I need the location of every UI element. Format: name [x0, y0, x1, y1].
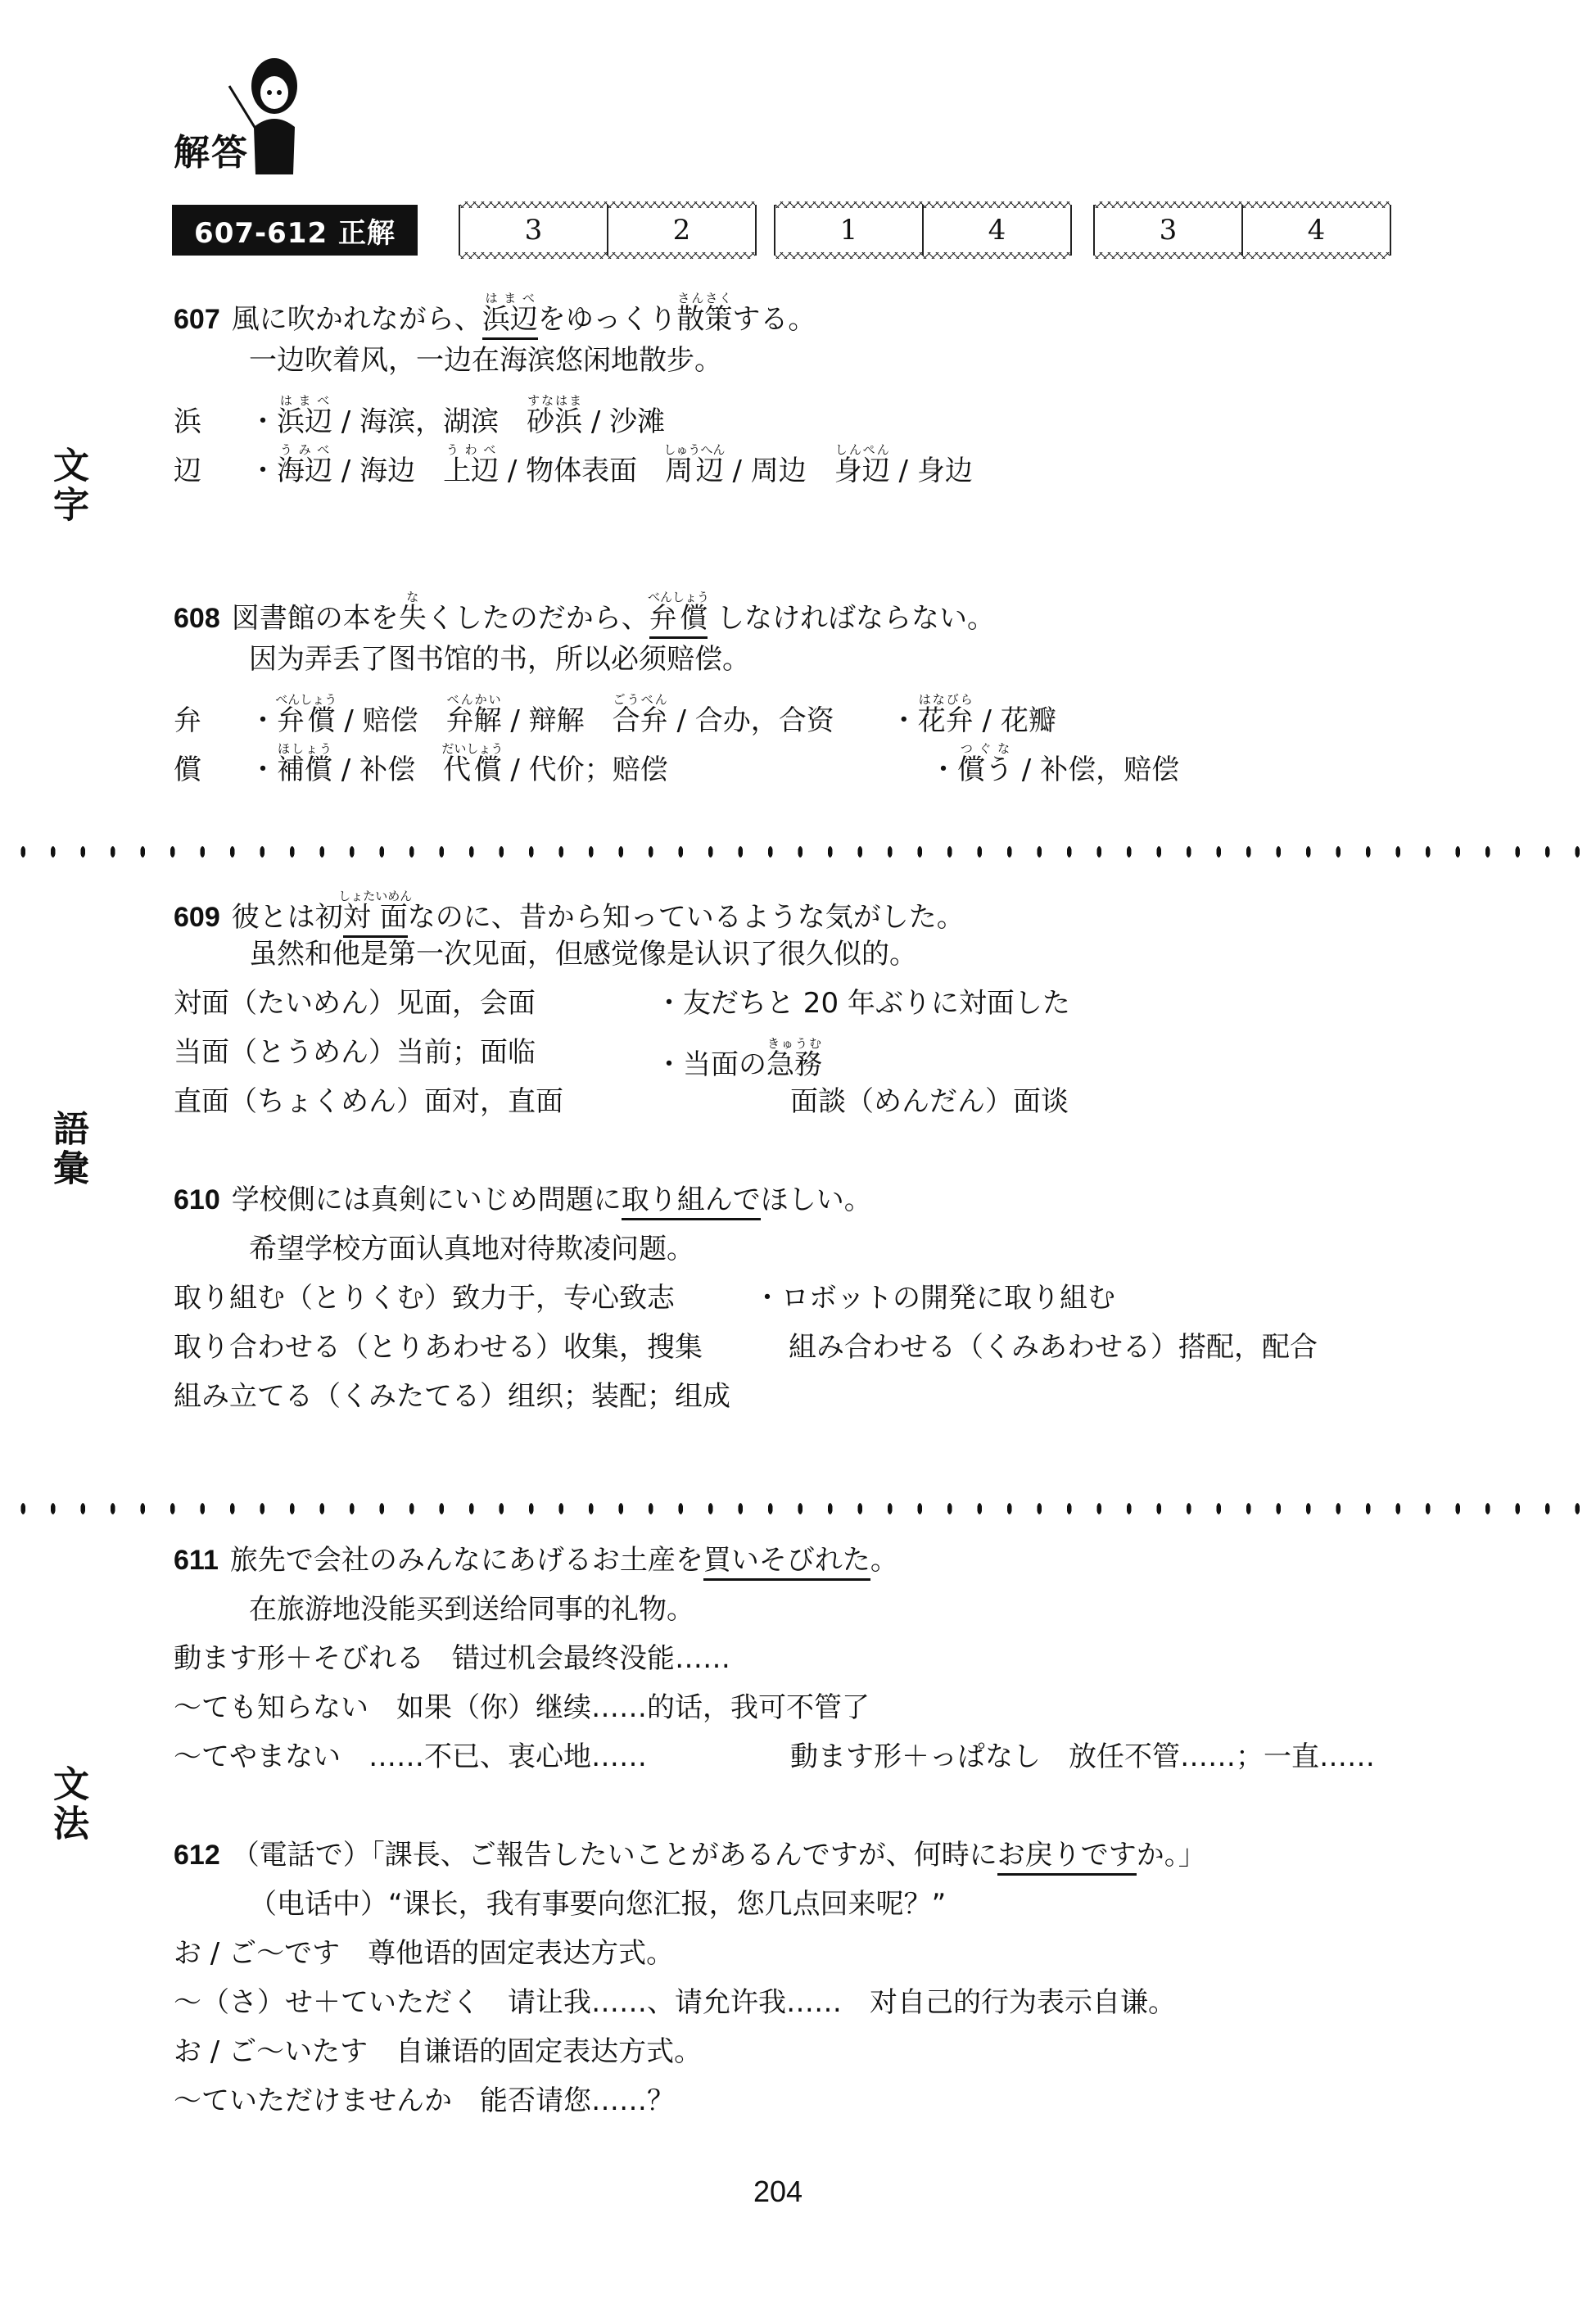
translation-610: 希望学校方面认真地对待欺凌问题。 [249, 1233, 694, 1265]
answer-group-2: 1 4 [774, 205, 1072, 256]
furigana: ほしょう [277, 741, 332, 756]
meaning: 辩解 [529, 704, 585, 737]
note: お / ご～です 尊他语的固定表达方式。 [174, 1937, 674, 1970]
kanji-row: 償・補償ほしょう / 补偿 代償だいしょう / 代价；赔偿 [174, 741, 668, 786]
kanji-label: 弁 [174, 704, 249, 737]
target-word: 浜辺 [482, 303, 538, 336]
target-word: お戻りです [997, 1839, 1137, 1876]
underlined-target: 弁償べんしょう [649, 602, 708, 639]
sentence-text: 彼とは初 [232, 901, 343, 934]
translation-608: 因为弄丢了图书馆的书，所以必须赔偿。 [249, 643, 750, 676]
meaning: 物体表面 [526, 455, 637, 487]
furigana: な [399, 590, 427, 604]
section-label-bunpo: 文法 [41, 1765, 93, 1844]
sentence-text: 旅先で会社のみんなにあげるお土産を [230, 1544, 703, 1577]
note: お / ご～いたす 自谦语的固定表达方式。 [174, 2035, 702, 2068]
meaning: 赔偿 [363, 704, 418, 737]
sentence-text: ・当面の [655, 1048, 766, 1081]
kanji-row: 浜・浜辺はまべ / 海滨，湖滨 砂浜すなはま / 沙滩 [174, 393, 665, 438]
teacher-mascot-icon [197, 53, 328, 176]
meaning: 补偿，赔偿 [1040, 754, 1179, 786]
question-609: 609彼とは初対面しょたいめんなのに、昔から知っているような気がした。 [174, 889, 965, 934]
target-word: 弁償 [648, 602, 709, 635]
word: 失 [399, 602, 427, 635]
furigana: すなはま [527, 393, 582, 408]
word: 散策 [676, 303, 732, 336]
question-number: 609 [174, 902, 220, 933]
question-number: 612 [174, 1840, 220, 1871]
word: 合弁 [613, 704, 668, 737]
note-left: ～ても知らない 如果（你）继续……的话，我可不管了 [174, 1691, 870, 1724]
sentence-text: 風に吹かれながら、 [232, 303, 482, 336]
sentence-text: くしたのだから、 [427, 602, 649, 635]
note-right: 動ます形＋っぱなし 放任不管……；一直…… [790, 1740, 1375, 1773]
sentence-text: 図書館の本を [232, 602, 399, 635]
question-number: 608 [174, 603, 220, 634]
note-left: 動ます形＋そびれる 错过机会最终没能…… [174, 1642, 730, 1675]
note-left: 対面（たいめん）见面，会面 [174, 987, 536, 1020]
question-612: 612（電話で）「課長、ご報告したいことがあるんですが、何時にお戻りですか。」 [174, 1839, 1206, 1872]
word: 償う [957, 754, 1013, 786]
furigana: きゅうむ [766, 1036, 822, 1051]
target-word: 買いそびれた [703, 1544, 870, 1581]
sentence-text: 。 [870, 1544, 898, 1577]
furigana: べんしょう [275, 692, 337, 707]
translation-607: 一边吹着风，一边在海滨悠闲地散步。 [249, 344, 722, 377]
answer-612: 4 [1241, 205, 1390, 256]
translation-609: 虽然和他是第一次见面，但感觉像是认识了很久似的。 [249, 938, 917, 971]
note-right: ・ロボットの開発に取り組む [753, 1282, 1115, 1315]
furigana: しゅうへん [663, 442, 725, 457]
word: 海辺 [277, 455, 332, 487]
sentence-text: なのに、昔から知っているような気がした。 [408, 901, 965, 934]
word: 周辺 [663, 455, 725, 487]
note-left: ～てやまない ……不已、衷心地…… [174, 1740, 647, 1773]
sentence-text: する。 [732, 303, 816, 336]
sentence-text: か。」 [1137, 1839, 1206, 1872]
note-right: 組み合わせる（くみあわせる）搭配，配合 [789, 1331, 1318, 1364]
sentence-text: （電話で）「課長、ご報告したいことがあるんですが、何時に [232, 1839, 997, 1872]
answer-608: 2 [607, 205, 755, 256]
meaning: 合办，合资 [695, 704, 834, 737]
word: 補償 [277, 754, 332, 786]
question-610: 610学校側には真剣にいじめ問題に取り組んでほしい。 [174, 1184, 872, 1216]
answer-group-1: 3 2 [459, 205, 757, 256]
word: 身辺 [834, 455, 890, 487]
section-divider [8, 846, 1596, 858]
meaning: 身边 [917, 455, 973, 487]
note-left: 取り合わせる（とりあわせる）收集，搜集 [174, 1331, 703, 1364]
kanji-row: 弁・弁償べんしょう / 赔偿 弁解べんかい / 辩解 合弁ごうべん / 合办，合… [174, 692, 1056, 737]
sentence-text: ほしい。 [761, 1184, 872, 1216]
answer-607: 3 [460, 205, 607, 256]
word: 花弁 [918, 704, 974, 737]
answer-key-label: 607-612 正解 [172, 205, 418, 256]
question-number: 607 [174, 304, 220, 335]
furigana: さんさく [676, 291, 732, 306]
furigana: つぐな [957, 741, 1013, 756]
furigana: しんぺん [834, 442, 890, 457]
word: 上辺 [443, 455, 499, 487]
word: 弁解 [446, 704, 502, 737]
answer-609: 1 [775, 205, 922, 256]
furigana: ごうべん [613, 692, 668, 707]
note-left: 組み立てる（くみたてる）组织；装配；组成 [174, 1380, 730, 1413]
page-number: 204 [753, 2175, 803, 2209]
translation-612: （电话中）“课长，我有事要向您汇报，您几点回来呢？” [249, 1888, 946, 1921]
note: ～（さ）せ＋ていただく 请让我……、请允许我…… 对自己的行为表示自谦。 [174, 1986, 1176, 2019]
meaning: 补偿 [359, 754, 415, 786]
translation-611: 在旅游地没能买到送给同事的礼物。 [249, 1593, 694, 1626]
kanji-label: 浜 [174, 405, 249, 438]
meaning: 周边 [751, 455, 807, 487]
word: 急務 [766, 1048, 822, 1081]
meaning: 海边 [359, 455, 415, 487]
furigana: はなびら [918, 692, 974, 707]
furigana: うわべ [443, 442, 499, 457]
sentence-text: をゆっくり [538, 303, 677, 336]
question-607: 607風に吹かれながら、浜辺はまべをゆっくり散策さんさくする。 [174, 291, 816, 336]
furigana: はまべ [482, 291, 538, 306]
furigana: うみべ [277, 442, 332, 457]
section-divider [8, 1503, 1596, 1514]
target-word: 対面 [338, 901, 412, 934]
sentence-text: 学校側には真剣にいじめ問題に [232, 1184, 622, 1216]
question-608: 608図書館の本を失なくしたのだから、弁償べんしょう しなければならない。 [174, 590, 995, 635]
note-left: 当面（とうめん）当前；面临 [174, 1036, 536, 1069]
question-number: 610 [174, 1184, 220, 1215]
note-right: 面談（めんだん）面谈 [790, 1085, 1069, 1118]
sentence-text: しなければならない。 [717, 602, 995, 635]
word: 弁償 [275, 704, 337, 737]
furigana: だいしょう [441, 741, 503, 756]
kanji-row-extra: ・償うつぐな / 补偿，赔偿 [929, 741, 1179, 786]
meaning: 花瓣 [1001, 704, 1056, 737]
target-word: 取り組んで [622, 1184, 761, 1220]
question-number: 611 [174, 1545, 219, 1576]
word: 浜辺 [277, 405, 332, 438]
furigana: しょたいめん [338, 889, 412, 903]
question-611: 611旅先で会社のみんなにあげるお土産を買いそびれた。 [174, 1544, 898, 1577]
note-right: ・友だちと 20 年ぶりに対面した [655, 987, 1070, 1020]
answer-group-3: 3 4 [1093, 205, 1391, 256]
section-label-moji: 文字 [41, 446, 93, 525]
underlined-target: 浜辺はまべ [482, 303, 538, 340]
section-label-goi: 語彙 [41, 1110, 93, 1188]
answer-611: 3 [1095, 205, 1241, 256]
underlined-target: 対面しょたいめん [343, 901, 408, 938]
kanji-label: 辺 [174, 455, 249, 487]
meaning: 代价；赔偿 [529, 754, 668, 786]
word: 代償 [441, 754, 503, 786]
kanji-label: 償 [174, 754, 249, 786]
meaning: 海滨，湖滨 [359, 405, 499, 438]
word: 砂浜 [527, 405, 582, 438]
kanji-row: 辺・海辺うみべ / 海边 上辺うわべ / 物体表面 周辺しゅうへん / 周边 身… [174, 442, 973, 487]
note-left: 取り組む（とりくむ）致力于，专心致志 [174, 1282, 675, 1315]
note-right: ・当面の急務きゅうむ [655, 1036, 822, 1081]
furigana: はまべ [277, 393, 332, 408]
meaning: 沙滩 [609, 405, 665, 438]
note-left: 直面（ちょくめん）面对，直面 [174, 1085, 563, 1118]
note: ～ていただけませんか 能否请您……？ [174, 2084, 675, 2117]
furigana: べんかい [446, 692, 502, 707]
answer-610: 4 [922, 205, 1070, 256]
furigana: べんしょう [648, 590, 709, 604]
